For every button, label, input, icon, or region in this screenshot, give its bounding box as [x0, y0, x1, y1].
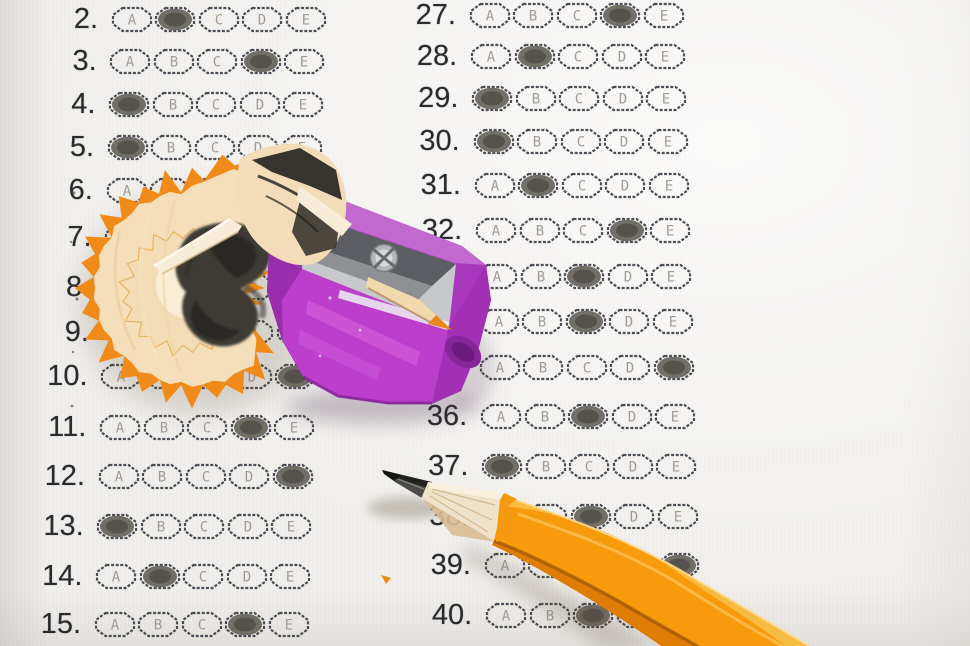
- bubble-e: E: [654, 403, 696, 430]
- bubble-e: E: [280, 177, 322, 204]
- svg-text:C: C: [212, 98, 220, 114]
- svg-text:C: C: [588, 559, 596, 575]
- bubble-cell: B: [523, 403, 567, 430]
- svg-text:B: B: [543, 510, 551, 526]
- bubble-cell: E: [647, 172, 691, 199]
- bubble-e: E: [659, 602, 701, 629]
- svg-text:D: D: [631, 559, 639, 575]
- svg-text:D: D: [242, 570, 250, 586]
- svg-text:D: D: [619, 92, 627, 108]
- svg-text:C: C: [209, 184, 217, 200]
- bubble-cell: C: [560, 172, 604, 199]
- svg-text:C: C: [585, 460, 593, 476]
- bubble-d: D: [604, 172, 646, 199]
- svg-text:C: C: [199, 570, 207, 586]
- bubble-cell: C: [184, 463, 228, 490]
- bubble-c: C: [195, 91, 237, 118]
- bubble-a-marked: A: [108, 91, 150, 118]
- answer-row-29: 29.ABCDE: [383, 85, 689, 112]
- svg-text:A: A: [126, 55, 135, 71]
- bubble-cell: C: [193, 134, 237, 161]
- svg-text:D: D: [258, 13, 266, 29]
- bubble-cell: C: [180, 611, 224, 638]
- bubble-cell: B: [141, 463, 185, 490]
- bubble-c-marked: C: [567, 403, 609, 430]
- question-number: 30.: [384, 128, 472, 155]
- bubble-d-marked: D: [240, 48, 282, 75]
- svg-text:C: C: [204, 370, 212, 386]
- answer-row-14: 14.ABCDE: [14, 563, 312, 590]
- bubble-b-marked: B: [517, 172, 559, 199]
- svg-text:A: A: [111, 618, 120, 634]
- bubble-c: C: [182, 563, 224, 590]
- bubble-d: D: [226, 563, 268, 590]
- bubble-cell: A: [107, 91, 151, 118]
- bubble-cell: E: [284, 6, 328, 33]
- svg-text:C: C: [202, 470, 210, 486]
- bubble-cell: A: [106, 134, 150, 161]
- svg-text:C: C: [573, 9, 581, 25]
- bubble-a: A: [103, 274, 145, 301]
- answer-row-27: 27.ABCDE: [380, 2, 686, 29]
- bubble-cell: A: [471, 85, 515, 112]
- bubble-cell: D: [235, 177, 279, 204]
- bubble-a: A: [98, 463, 140, 490]
- svg-text:E: E: [298, 141, 306, 157]
- bubble-cell: E: [658, 602, 702, 629]
- question-number: 9.: [21, 319, 101, 346]
- bubble-cell: D: [606, 263, 650, 290]
- answer-row-37: 37.ABCDE: [393, 453, 699, 480]
- svg-text:B: B: [537, 270, 545, 286]
- bubble-b: B: [527, 552, 569, 579]
- bubble-c: C: [181, 611, 223, 638]
- question-number: 3.: [29, 48, 109, 75]
- bubble-cell: E: [655, 453, 699, 480]
- bubble-b: B: [150, 134, 192, 161]
- svg-text:E: E: [671, 410, 679, 426]
- bubble-e: E: [277, 274, 319, 301]
- bubble-cell: C: [192, 177, 236, 204]
- bubble-d: D: [614, 552, 656, 579]
- bubble-e: E: [657, 503, 699, 530]
- bubble-cell: D: [599, 2, 643, 29]
- svg-text:E: E: [667, 270, 675, 286]
- svg-text:D: D: [250, 281, 258, 297]
- bubble-e: E: [650, 263, 692, 290]
- bubble-e: E: [645, 85, 687, 112]
- bubble-cell: A: [98, 414, 142, 441]
- bubble-d: D: [233, 274, 275, 301]
- bubble-d: D: [228, 463, 270, 490]
- bubble-cell: A: [109, 48, 153, 75]
- bubble-cell: A: [94, 563, 138, 590]
- bubble-cell: C: [189, 274, 233, 301]
- question-number: 29.: [383, 85, 471, 112]
- svg-text:E: E: [661, 50, 669, 66]
- bubble-cell: E: [657, 552, 701, 579]
- bubble-cell: A: [479, 403, 523, 430]
- bubble-e-marked: E: [274, 363, 316, 390]
- bubble-cell: D: [226, 513, 270, 540]
- svg-text:E: E: [665, 179, 673, 195]
- answer-row-15: 15.ABCDE: [13, 611, 311, 638]
- svg-text:D: D: [252, 231, 260, 247]
- svg-text:B: B: [166, 184, 174, 200]
- bubble-d: D: [237, 134, 279, 161]
- svg-text:B: B: [154, 618, 162, 634]
- bubble-cell: A: [101, 319, 145, 346]
- bubble-cell: E: [280, 134, 324, 161]
- bubble-c: C: [193, 177, 235, 204]
- bubble-d-marked: D: [230, 414, 272, 441]
- bubble-c: C: [568, 453, 610, 480]
- bubble-cell: E: [653, 403, 697, 430]
- svg-text:B: B: [544, 559, 552, 575]
- answer-row-10: 10.ABCDE: [20, 363, 318, 390]
- svg-text:C: C: [215, 13, 223, 29]
- bubble-cell: C: [196, 48, 240, 75]
- bubble-cell: D: [601, 85, 645, 112]
- bubble-e: E: [276, 319, 318, 346]
- svg-text:A: A: [120, 281, 129, 297]
- svg-text:E: E: [292, 326, 300, 342]
- svg-text:B: B: [533, 135, 541, 151]
- bubble-cell: A: [483, 552, 527, 579]
- svg-text:B: B: [170, 55, 178, 71]
- svg-text:A: A: [486, 9, 495, 25]
- bubble-cell: E: [651, 308, 695, 335]
- question-number: 14.: [14, 563, 94, 590]
- bubble-cell: D: [241, 6, 285, 33]
- answer-row-30: 30.ABCDE: [384, 128, 690, 155]
- bubble-c: C: [194, 134, 236, 161]
- bubble-e: E: [283, 48, 325, 75]
- question-number: 6.: [25, 177, 105, 204]
- question-number: 7.: [24, 224, 104, 251]
- svg-text:E: E: [285, 618, 293, 634]
- bubble-cell: B: [515, 128, 559, 155]
- svg-text:E: E: [302, 13, 310, 29]
- bubble-e: E: [281, 134, 323, 161]
- svg-text:A: A: [112, 570, 121, 586]
- question-number: 40.: [396, 602, 484, 629]
- bubble-a: A: [484, 552, 526, 579]
- svg-text:B: B: [161, 370, 169, 386]
- question-number: 37.: [393, 453, 481, 480]
- svg-text:C: C: [576, 135, 584, 151]
- answer-row-38: 38.ABCDE: [394, 503, 700, 530]
- bubble-cell: B: [513, 43, 557, 70]
- bubble-cell: E: [279, 177, 323, 204]
- question-number: 10.: [20, 363, 100, 390]
- svg-text:D: D: [245, 470, 253, 486]
- bubble-cell: D: [602, 128, 646, 155]
- bubble-cell: B: [522, 354, 566, 381]
- bubble-e-marked: E: [658, 552, 700, 579]
- bubble-d-marked: D: [224, 611, 266, 638]
- bubble-cell: D: [237, 134, 281, 161]
- bubble-d: D: [239, 91, 281, 118]
- answer-row-8: 8.ABCDE: [22, 274, 320, 301]
- bubble-d: D: [612, 453, 654, 480]
- bubble-e: E: [282, 91, 324, 118]
- bubble-cell: D: [615, 602, 659, 629]
- question-number: 39.: [395, 552, 483, 579]
- bubble-cell: A: [105, 177, 149, 204]
- bubble-cell: B: [143, 363, 187, 390]
- bubble-cell: D: [604, 172, 648, 199]
- bubble-c-marked: C: [565, 308, 607, 335]
- answer-row-32: 32.ABCDE: [386, 217, 692, 244]
- answer-row-12: 12.ABCDE: [17, 463, 315, 490]
- bubble-c: C: [561, 172, 603, 199]
- svg-text:B: B: [545, 609, 553, 625]
- question-number: 32.: [386, 217, 474, 244]
- bubble-cell: B: [524, 453, 568, 480]
- bubble-cell: B: [154, 6, 198, 33]
- bubble-cell: A: [96, 513, 140, 540]
- answer-row-7: 7.ABCDE: [24, 224, 322, 251]
- bubble-b: B: [145, 319, 187, 346]
- bubble-cell: C: [185, 414, 229, 441]
- bubble-cell: D: [230, 363, 274, 390]
- svg-text:C: C: [578, 179, 586, 195]
- answer-row-31: 31.ABCDE: [385, 172, 691, 199]
- svg-text:E: E: [663, 135, 671, 151]
- bubble-a: A: [104, 224, 146, 251]
- bubble-e: E: [649, 217, 691, 244]
- bubble-cell: B: [142, 414, 186, 441]
- svg-text:C: C: [579, 224, 587, 240]
- bubble-c: C: [190, 274, 232, 301]
- answer-sheet-photo: 2.ABCDE3.ABCDE4.ABCDE5.ABCDE6.ABCDE7.ABC…: [0, 0, 970, 646]
- bubble-b-marked: B: [514, 43, 556, 70]
- bubble-cell: C: [197, 6, 241, 33]
- bubble-cell: A: [469, 43, 513, 70]
- svg-text:D: D: [248, 370, 256, 386]
- svg-text:E: E: [673, 510, 681, 526]
- bubble-a: A: [475, 217, 517, 244]
- bubble-cell: E: [642, 2, 686, 29]
- bubble-e: E: [278, 224, 320, 251]
- bubble-c-marked: C: [570, 503, 612, 530]
- bubble-cell: C: [571, 602, 615, 629]
- svg-text:D: D: [630, 510, 638, 526]
- bubble-c: C: [560, 128, 602, 155]
- bubble-d: D: [609, 354, 651, 381]
- bubble-cell: B: [517, 172, 561, 199]
- bubble-b: B: [525, 453, 567, 480]
- bubble-cell: E: [656, 503, 700, 530]
- bubble-cell: B: [137, 611, 181, 638]
- bubble-b: B: [521, 308, 563, 335]
- bubble-b: B: [137, 611, 179, 638]
- bubble-b: B: [529, 602, 571, 629]
- svg-text:A: A: [118, 326, 127, 342]
- bubble-cell: A: [481, 453, 525, 480]
- svg-text:A: A: [115, 470, 124, 486]
- bubble-c: C: [187, 363, 229, 390]
- bubble-cell: A: [474, 217, 518, 244]
- bubble-a: A: [95, 563, 137, 590]
- svg-text:A: A: [121, 231, 130, 247]
- question-number: 15.: [13, 611, 93, 638]
- bubble-cell: B: [139, 513, 183, 540]
- bubble-cell: A: [476, 263, 520, 290]
- bubble-cell: C: [568, 453, 612, 480]
- answer-row-4: 4.ABCDE: [27, 91, 325, 118]
- svg-text:D: D: [632, 609, 640, 625]
- bubble-cell: B: [527, 552, 571, 579]
- answer-row-6: 6.ABCDE: [25, 177, 323, 204]
- bubble-cell: C: [556, 43, 600, 70]
- bubble-cell: B: [144, 319, 188, 346]
- bubble-cell: C: [181, 563, 225, 590]
- svg-text:B: B: [542, 460, 550, 476]
- svg-text:A: A: [493, 270, 502, 286]
- bubble-cell: C: [187, 363, 231, 390]
- bubble-cell: D: [225, 563, 269, 590]
- bubble-c: C: [196, 48, 238, 75]
- answer-row-2: 2.ABCDE: [30, 6, 328, 33]
- bubble-cell: B: [152, 48, 196, 75]
- bubble-cell: C: [558, 85, 602, 112]
- bubble-cell: D: [605, 217, 649, 244]
- question-number: 13.: [16, 513, 96, 540]
- bubble-e: E: [270, 513, 312, 540]
- answer-row-39: 39.ABCDE: [395, 552, 701, 579]
- svg-text:E: E: [300, 55, 308, 71]
- bubble-e: E: [652, 308, 694, 335]
- bubble-cell: E: [643, 43, 687, 70]
- bubble-c: C: [185, 463, 227, 490]
- bubble-cell: A: [473, 172, 517, 199]
- svg-text:A: A: [122, 184, 131, 200]
- svg-text:B: B: [529, 9, 537, 25]
- bubble-d: D: [601, 43, 643, 70]
- bubble-e: E: [269, 563, 311, 590]
- bubble-d: D: [232, 319, 274, 346]
- bubble-cell: C: [194, 91, 238, 118]
- svg-text:A: A: [117, 370, 126, 386]
- bubble-cell: E: [278, 224, 322, 251]
- bubble-c: C: [189, 319, 231, 346]
- bubble-b: B: [149, 177, 191, 204]
- bubble-b: B: [520, 263, 562, 290]
- bubble-a: A: [106, 177, 148, 204]
- bubble-a: A: [470, 43, 512, 70]
- svg-text:B: B: [538, 315, 546, 331]
- bubble-b: B: [141, 463, 183, 490]
- answer-row-28: 28.ABCDE: [381, 43, 687, 70]
- answer-row-5: 5.ABCDE: [26, 134, 324, 161]
- bubble-cell: A: [110, 6, 154, 33]
- bubble-cell: D: [234, 224, 278, 251]
- bubble-a: A: [478, 308, 520, 335]
- bubble-cell: A: [468, 2, 512, 29]
- svg-text:A: A: [499, 510, 508, 526]
- question-number: 27.: [380, 2, 468, 29]
- bubble-b: B: [526, 503, 568, 530]
- bubble-b-marked: B: [139, 563, 181, 590]
- svg-text:E: E: [660, 9, 668, 25]
- bubble-b: B: [519, 217, 561, 244]
- bubble-e: E: [273, 414, 315, 441]
- bubble-b: B: [515, 85, 557, 112]
- bubble-cell: E: [267, 611, 311, 638]
- question-number: 11.: [18, 414, 98, 441]
- bubble-c: C: [566, 354, 608, 381]
- bubble-cell: A: [93, 611, 137, 638]
- bubble-cell: B: [519, 263, 563, 290]
- svg-text:C: C: [211, 141, 219, 157]
- svg-text:D: D: [255, 98, 263, 114]
- bubble-e-marked: E: [653, 354, 695, 381]
- bubble-cell: C: [561, 217, 605, 244]
- bubble-cell: D: [238, 91, 282, 118]
- bubble-a: A: [476, 263, 518, 290]
- bubble-cell: E: [274, 363, 318, 390]
- bubble-a: A: [109, 48, 151, 75]
- svg-text:E: E: [294, 281, 302, 297]
- bubble-c: C: [556, 2, 598, 29]
- bubble-cell: E: [283, 48, 327, 75]
- bubble-cell: B: [525, 503, 569, 530]
- bubble-b: B: [522, 354, 564, 381]
- bubble-a: A: [94, 611, 136, 638]
- bubble-a: A: [483, 503, 525, 530]
- svg-text:D: D: [620, 135, 628, 151]
- bubble-cell: E: [268, 563, 312, 590]
- answer-row: ABCDE: [389, 308, 695, 335]
- bubble-a: A: [485, 602, 527, 629]
- bubble-a: A: [111, 6, 153, 33]
- bubble-e: E: [647, 128, 689, 155]
- svg-text:D: D: [629, 460, 637, 476]
- bubble-e: E: [655, 453, 697, 480]
- bubble-d: D: [603, 128, 645, 155]
- svg-text:C: C: [213, 55, 221, 71]
- bubble-cell: B: [528, 602, 572, 629]
- bubble-c: C: [186, 414, 228, 441]
- bubble-a-marked: A: [96, 513, 138, 540]
- svg-text:A: A: [491, 179, 500, 195]
- bubble-cell: C: [183, 513, 227, 540]
- svg-text:E: E: [296, 184, 304, 200]
- bubble-cell: C: [564, 308, 608, 335]
- bubble-d: D: [241, 6, 283, 33]
- bubble-cell: D: [611, 453, 655, 480]
- bubble-cell: A: [102, 274, 146, 301]
- bubble-cell: B: [151, 91, 195, 118]
- svg-text:E: E: [676, 609, 684, 625]
- question-number: 38.: [394, 503, 482, 530]
- svg-text:D: D: [621, 179, 629, 195]
- bubble-b-marked: B: [154, 6, 196, 33]
- svg-text:C: C: [205, 326, 213, 342]
- svg-text:B: B: [168, 98, 176, 114]
- answer-row: ABCDE: [390, 354, 696, 381]
- bubble-e: E: [648, 172, 690, 199]
- bubble-b: B: [143, 414, 185, 441]
- bubble-b: B: [516, 128, 558, 155]
- svg-text:B: B: [159, 421, 167, 437]
- svg-text:E: E: [662, 92, 670, 108]
- svg-text:C: C: [574, 50, 582, 66]
- svg-text:E: E: [286, 570, 294, 586]
- bubble-cell: A: [472, 128, 516, 155]
